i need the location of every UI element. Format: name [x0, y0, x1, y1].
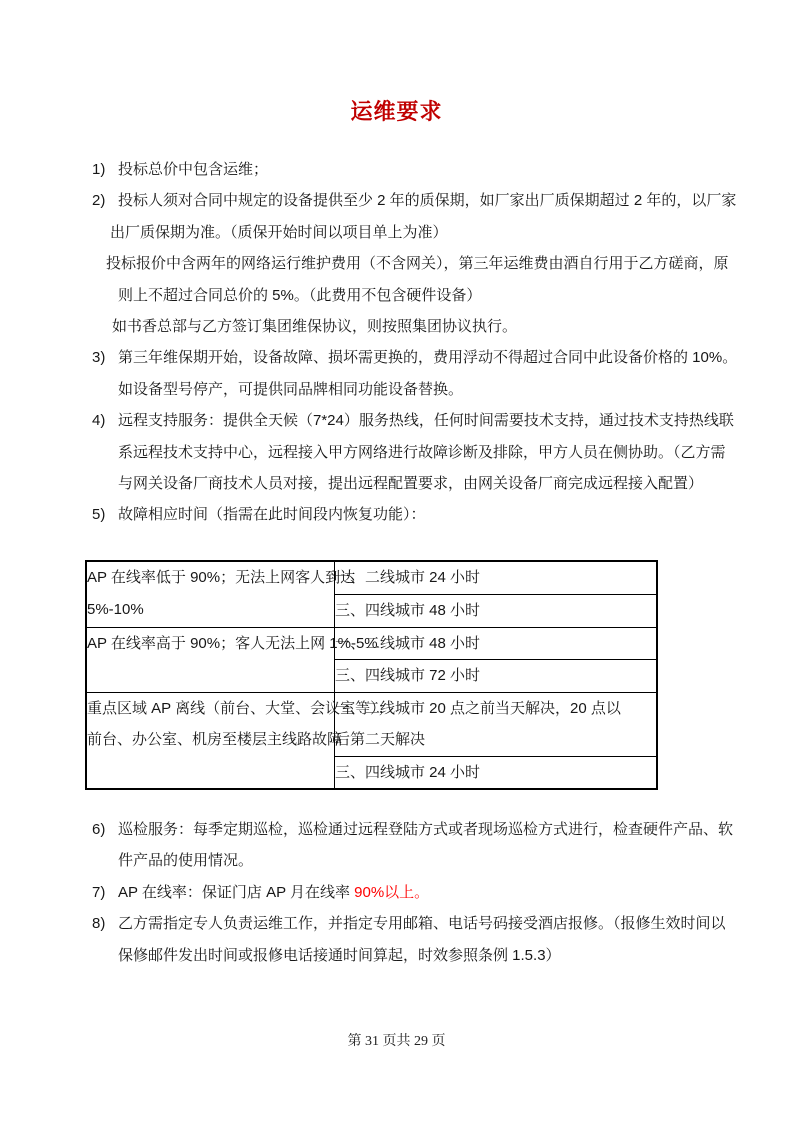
- text-line: 巡检服务：每季定期巡检，巡检通过远程登陆方式或者现场巡检方式进行，检查硬件产品、…: [118, 814, 733, 845]
- text-line: 前台、办公室、机房至楼层主线路故障: [87, 724, 334, 756]
- highlighted-text: 90%以上。: [354, 884, 429, 901]
- text-line: 保修邮件发出时间或报修电话接通时间算起，时效参照条例 1.5.3）: [118, 940, 733, 971]
- text-line: 出厂质保期为准。（质保开始时间以项目单上为准）: [110, 217, 737, 248]
- text-line: 乙方需指定专人负责运维工作，并指定专用邮箱、电话号码接受酒店报修。（报修生效时间…: [118, 908, 733, 939]
- text-line: 投标总价中包含运维；: [118, 154, 737, 185]
- paragraph-group-agreement: 如书香总部与乙方签订集团维保协议，则按照集团协议执行。: [92, 311, 737, 342]
- text-line: 后第二天解决: [335, 724, 656, 756]
- text-line: AP 在线率低于 90%；无法上网客人到达: [87, 562, 334, 594]
- list-item-2: 2) 投标人须对合同中规定的设备提供至少 2 年的质保期，如厂家出厂质保期超过 …: [92, 185, 737, 248]
- text-line: 如设备型号停产，可提供同品牌相同功能设备替换。: [118, 374, 737, 405]
- text-line: 与网关设备厂商技术人员对接，提出远程配置要求，由网关设备厂商完成远程接入配置）: [118, 468, 737, 499]
- table-cell-condition-key-area: 重点区域 AP 离线（前台、大堂、会议室等）； 前台、办公室、机房至楼层主线路故…: [86, 692, 335, 789]
- page-footer: 第 31 页共 29 页: [0, 1030, 793, 1050]
- response-time-table: AP 在线率低于 90%；无法上网客人到达 5%-10% 一、二线城市 24 小…: [85, 560, 658, 790]
- paragraph-maintenance-fee: 投标报价中含两年的网络运行维护费用（不含网关），第三年运维费由酒自行用于乙方磋商…: [92, 248, 737, 311]
- item-number: 7): [92, 877, 105, 908]
- table-cell-sla-4: 三、四线城市 72 小时: [335, 660, 658, 693]
- table-cell-sla-3: 一、二线城市 48 小时: [335, 627, 658, 660]
- text-line: 第三年维保期开始，设备故障、损坏需更换的，费用浮动不得超过合同中此设备价格的 1…: [118, 342, 737, 373]
- document-page: 运维要求 1) 投标总价中包含运维； 2) 投标人须对合同中规定的设备提供至少 …: [0, 0, 793, 1122]
- list-item-6: 6) 巡检服务：每季定期巡检，巡检通过远程登陆方式或者现场巡检方式进行，检查硬件…: [92, 814, 733, 877]
- text-line: 重点区域 AP 离线（前台、大堂、会议室等）；: [87, 693, 334, 725]
- text-line: 投标报价中含两年的网络运行维护费用（不含网关），第三年运维费由酒自行用于乙方磋商…: [106, 248, 737, 279]
- table-cell-condition-high-rate: AP 在线率高于 90%；客人无法上网 1%-5%: [86, 627, 335, 692]
- requirements-list-top: 1) 投标总价中包含运维； 2) 投标人须对合同中规定的设备提供至少 2 年的质…: [92, 154, 737, 531]
- list-item-1: 1) 投标总价中包含运维；: [92, 154, 737, 185]
- requirements-list-bottom: 6) 巡检服务：每季定期巡检，巡检通过远程登陆方式或者现场巡检方式进行，检查硬件…: [92, 814, 733, 971]
- text-line: 故障相应时间（指需在此时间段内恢复功能）：: [118, 499, 737, 530]
- list-item-7: 7) AP 在线率：保证门店 AP 月在线率 90%以上。: [92, 877, 733, 908]
- item-number: 2): [92, 185, 105, 216]
- table-cell-sla-1: 一、二线城市 24 小时: [335, 561, 658, 594]
- list-item-3: 3) 第三年维保期开始，设备故障、损坏需更换的，费用浮动不得超过合同中此设备价格…: [92, 342, 737, 405]
- text-line: AP 在线率高于 90%；客人无法上网 1%-5%: [87, 628, 334, 660]
- text-line: AP 在线率：保证门店 AP 月在线率 90%以上。: [118, 877, 733, 908]
- text-line: 一、二线城市 24 小时: [335, 562, 656, 594]
- text-line: 件产品的使用情况。: [118, 845, 733, 876]
- text-line: 三、四线城市 24 小时: [335, 757, 656, 789]
- text-line: 远程支持服务：提供全天候（7*24）服务热线，任何时间需要技术支持，通过技术支持…: [118, 405, 737, 436]
- text-line: 则上不超过合同总价的 5%。（此费用不包含硬件设备）: [118, 280, 737, 311]
- text-line: 5%-10%: [87, 594, 334, 626]
- list-item-8: 8) 乙方需指定专人负责运维工作，并指定专用邮箱、电话号码接受酒店报修。（报修生…: [92, 908, 733, 971]
- list-item-4: 4) 远程支持服务：提供全天候（7*24）服务热线，任何时间需要技术支持，通过技…: [92, 405, 737, 499]
- text-line: 如书香总部与乙方签订集团维保协议，则按照集团协议执行。: [112, 311, 737, 342]
- text-line: 三、四线城市 48 小时: [335, 595, 656, 627]
- list-item-5: 5) 故障相应时间（指需在此时间段内恢复功能）：: [92, 499, 737, 530]
- item-number: 6): [92, 814, 105, 845]
- text-line: 投标人须对合同中规定的设备提供至少 2 年的质保期，如厂家出厂质保期超过 2 年…: [118, 185, 737, 216]
- page-title: 运维要求: [0, 95, 793, 126]
- text-line: 一、二线城市 48 小时: [335, 628, 656, 660]
- item-number: 8): [92, 908, 105, 939]
- table-cell-sla-6: 三、四线城市 24 小时: [335, 756, 658, 789]
- text-segment: AP 在线率：保证门店 AP 月在线率: [118, 884, 354, 901]
- item-number: 1): [92, 154, 105, 185]
- text-line: 三、四线城市 72 小时: [335, 660, 656, 692]
- table-cell-condition-low-rate: AP 在线率低于 90%；无法上网客人到达 5%-10%: [86, 561, 335, 627]
- item-number: 4): [92, 405, 105, 436]
- item-number: 5): [92, 499, 105, 530]
- table-cell-sla-2: 三、四线城市 48 小时: [335, 594, 658, 627]
- item-number: 3): [92, 342, 105, 373]
- text-line: 一、二线城市 20 点之前当天解决，20 点以: [335, 693, 656, 725]
- table-cell-sla-5: 一、二线城市 20 点之前当天解决，20 点以 后第二天解决: [335, 692, 658, 756]
- text-line: 系远程技术支持中心，远程接入甲方网络进行故障诊断及排除，甲方人员在侧协助。（乙方…: [118, 437, 737, 468]
